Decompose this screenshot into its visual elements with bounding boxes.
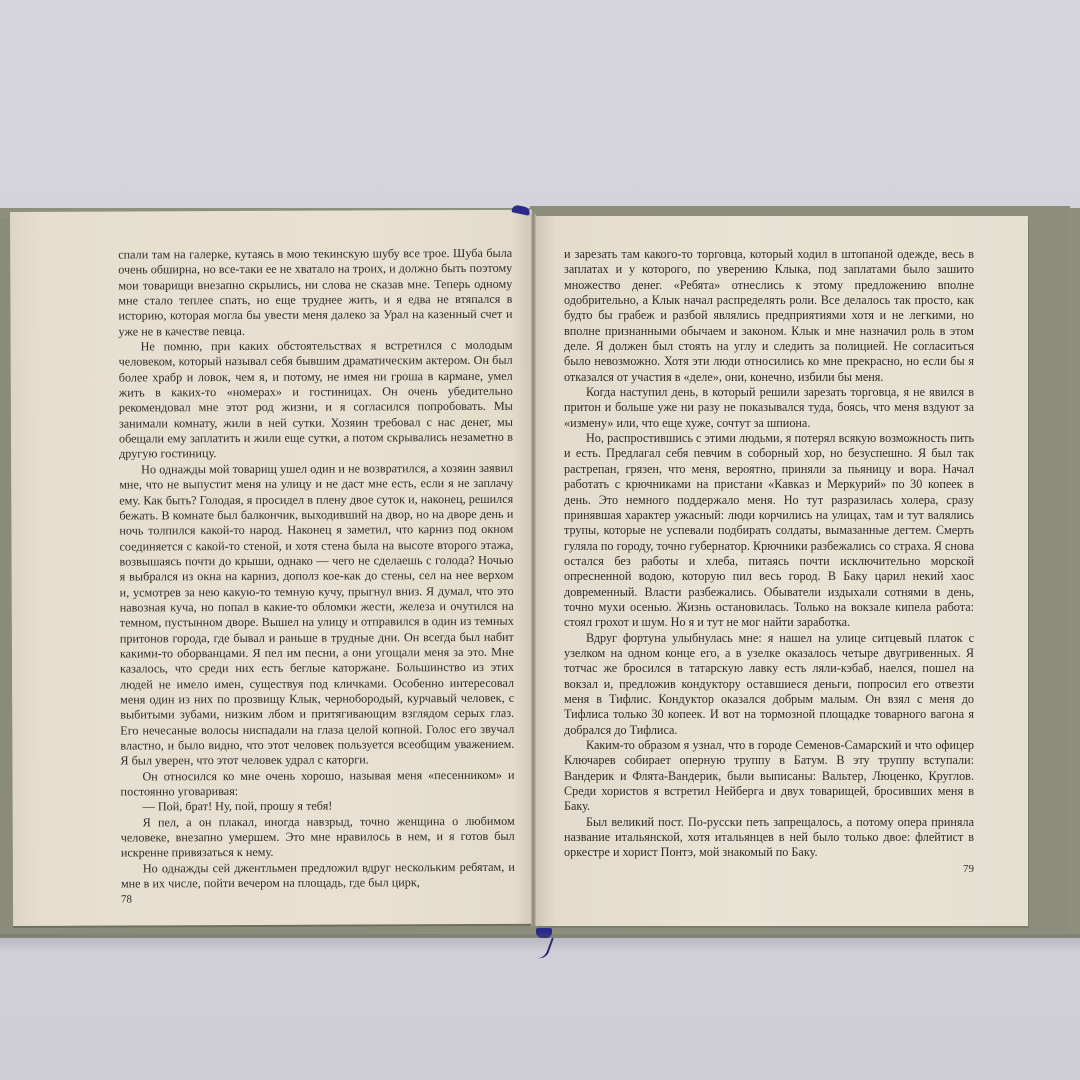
paragraph: Но, распростившись с этими людьми, я пот… <box>564 431 974 630</box>
paragraph: и зарезать там какого-то торговца, котор… <box>564 247 974 385</box>
left-page: спали там на галерке, кутаясь в мою теки… <box>10 210 535 926</box>
paragraph: Но однажды сей джентльмен предложил вдру… <box>121 860 515 892</box>
paragraph: Я пел, а он плакал, иногда навзрыд, точн… <box>121 814 515 862</box>
page-number: 78 <box>121 891 515 908</box>
book-shadow <box>0 934 1080 952</box>
paragraph: Каким-то образом я узнал, что в городе С… <box>564 738 974 815</box>
right-page: и зарезать там какого-то торговца, котор… <box>536 216 1028 926</box>
paragraph: Но однажды мой товарищ ушел один и не во… <box>119 461 514 770</box>
paragraph: Был великий пост. По-русски петь запреща… <box>564 815 974 861</box>
page-number: 79 <box>564 862 974 877</box>
dialogue-line: — Пой, брат! Ну, пой, прошу я тебя! <box>121 798 515 815</box>
paragraph: Когда наступил день, в который решили за… <box>564 385 974 431</box>
paragraph: спали там на галерке, кутаясь в мою теки… <box>118 246 512 340</box>
paragraph: Не помню, при каких обстоятельствах я вс… <box>119 338 514 462</box>
paragraph: Вдруг фортуна улыбнулась мне: я нашел на… <box>564 631 974 738</box>
paragraph: Он относился ко мне очень хорошо, называ… <box>120 767 514 799</box>
